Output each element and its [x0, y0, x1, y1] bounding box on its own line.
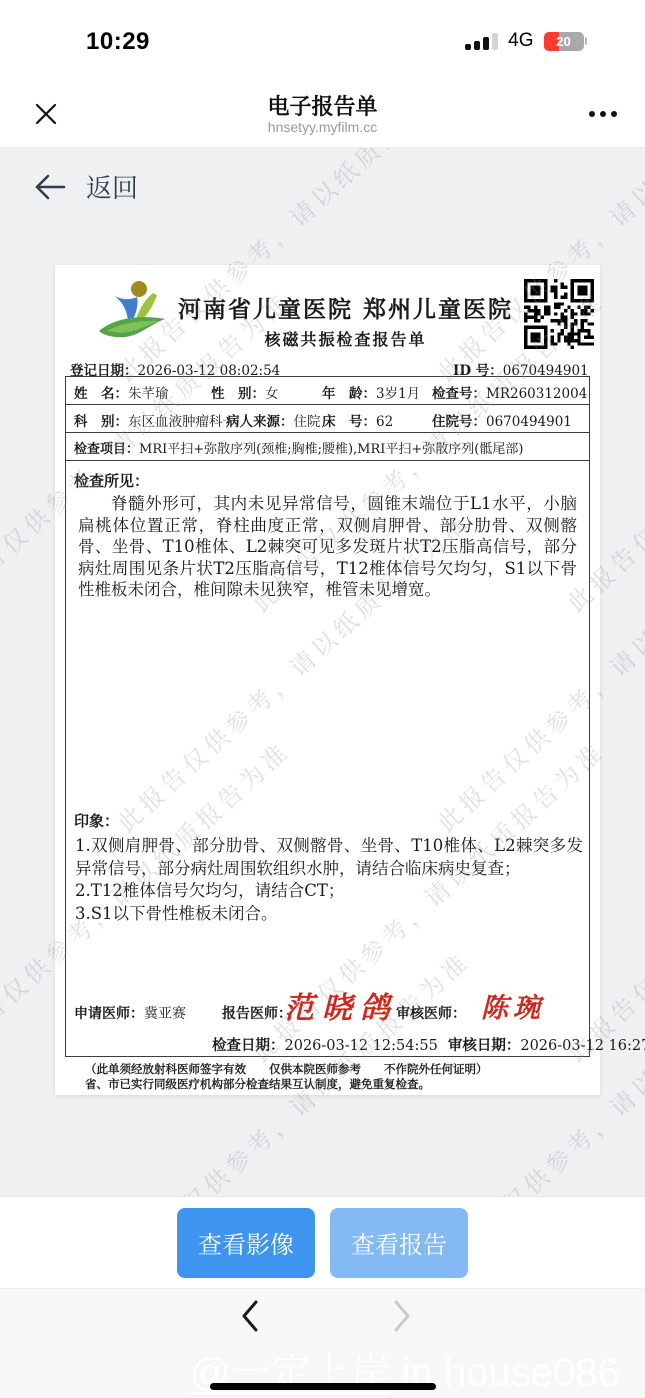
- admission-label: 住院号：: [432, 414, 486, 430]
- sex-value: 女: [265, 386, 279, 402]
- nav-forward-icon[interactable]: [388, 1297, 416, 1335]
- page-url: hnsetyy.myfilm.cc: [0, 119, 645, 135]
- report-document: 河南省儿童医院 郑州儿童医院 核磁共振检查报告单 登记日期：2026-03-12…: [55, 265, 600, 1095]
- back-label: 返回: [86, 168, 138, 205]
- findings-text: 脊髓外形可，其内未见异常信号，圆锥末端位于L1水平，小脑扁桃体位置正常，脊柱曲度…: [78, 493, 577, 601]
- home-indicator: [210, 1383, 436, 1390]
- name-value: 朱芊瑜: [128, 386, 169, 402]
- review-date-value: 2026-03-12 16:27:15: [520, 1038, 645, 1054]
- page-title: 电子报告单: [0, 90, 645, 121]
- exam-date-value: 2026-03-12 12:54:55: [285, 1038, 438, 1054]
- table-row: 科 别：东区血液肿瘤科一病 病人来源：住院 床 号：62 住院号：0670494…: [66, 405, 589, 433]
- request-doctor-name: 冀亚赛: [144, 1006, 186, 1022]
- impression-item: 1.双侧肩胛骨、部分肋骨、双侧髂骨、坐骨、T10椎体、L2棘突多发异常信号，部分…: [75, 835, 583, 880]
- cellular-signal-icon: [465, 33, 498, 50]
- exam-items-label: 检查项目：: [74, 442, 139, 457]
- source-value: 住院: [294, 414, 321, 430]
- impression-item: 3.S1以下骨性椎板未闭合。: [75, 903, 583, 926]
- nav-back-icon[interactable]: [236, 1297, 264, 1335]
- impression-item: 2.T12椎体信号欠均匀，请结合CT；: [75, 880, 583, 903]
- back-button[interactable]: 返回: [34, 168, 138, 205]
- battery-percent: 20: [544, 32, 584, 51]
- dept-value: 东区血液肿瘤科一病: [128, 414, 226, 430]
- exam-items-value: MRI平扫+弥散序列(颈椎;胸椎;腰椎),MRI平扫+弥散序列(骶尾部): [139, 442, 523, 457]
- dept-label: 科 别：: [74, 414, 128, 430]
- browser-header: 电子报告单 hnsetyy.myfilm.cc: [0, 88, 645, 148]
- report-title: 核磁共振检查报告单: [175, 327, 516, 350]
- age-label: 年 龄：: [322, 386, 376, 402]
- report-footnotes: （此单须经放射科医师签字有效 仅供本院医师参考 不作院外任何证明） 省、市已实行…: [85, 1062, 590, 1092]
- sex-label: 性 别：: [211, 386, 265, 402]
- bed-label: 床 号：: [322, 414, 376, 430]
- browser-bottom-nav: @一定上岸 in house086: [0, 1288, 645, 1398]
- table-row: 检查项目：MRI平扫+弥散序列(颈椎;胸椎;腰椎),MRI平扫+弥散序列(骶尾部…: [66, 433, 589, 462]
- dates-row: 检查日期：2026-03-12 12:54:55审核日期：2026-03-12 …: [212, 1034, 645, 1055]
- age-value: 3岁1月: [376, 386, 420, 402]
- qr-code: [524, 279, 594, 349]
- review-doctor-signature: 陈琬: [481, 986, 545, 1025]
- source-label: 病人来源：: [226, 414, 294, 430]
- admission-value: 0670494901: [486, 414, 572, 430]
- network-type-label: 4G: [508, 30, 533, 52]
- impression-label: 印象：: [74, 810, 119, 831]
- patient-info-table: 姓 名：朱芊瑜 性 别：女 年 龄：3岁1月 检查号：MR260312004 科…: [65, 376, 590, 461]
- report-doctor-label: 报告医师：: [222, 1003, 292, 1023]
- bed-value: 62: [376, 414, 393, 430]
- findings-label: 检查所见：: [74, 470, 149, 491]
- exam-no-value: MR260312004: [486, 386, 587, 402]
- phone-screen: 10:29 4G 20 电子报告单 hnsetyy.myfilm.cc: [0, 0, 645, 1398]
- battery-icon: 20: [544, 32, 584, 51]
- findings-impression-box: 检查所见： 脊髓外形可，其内未见异常信号，圆锥末端位于L1水平，小脑扁桃体位置正…: [65, 461, 590, 1057]
- view-report-button[interactable]: 查看报告: [330, 1208, 468, 1278]
- back-arrow-icon: [34, 173, 66, 201]
- status-bar: 10:29 4G 20: [0, 0, 645, 88]
- registration-row: 登记日期：2026-03-12 08:02:54 ID 号：0670494901: [55, 359, 600, 375]
- report-doctor-signature: 范晓鸽: [284, 983, 398, 1027]
- name-label: 姓 名：: [74, 386, 128, 402]
- exam-date-label: 检查日期：: [212, 1037, 285, 1054]
- status-icons: 4G 20: [465, 30, 587, 52]
- hospital-logo: [95, 279, 169, 351]
- clock: 10:29: [86, 28, 150, 56]
- footnote-line: （此单须经放射科医师签字有效 仅供本院医师参考 不作院外任何证明）: [85, 1062, 590, 1077]
- review-date-label: 审核日期：: [448, 1037, 521, 1054]
- signature-row: 申请医师：冀亚赛 报告医师： 范晓鸽 审核医师： 陈琬: [66, 977, 589, 1029]
- impression-list: 1.双侧肩胛骨、部分肋骨、双侧髂骨、坐骨、T10椎体、L2棘突多发异常信号，部分…: [75, 835, 583, 925]
- action-button-bar: 查看影像 查看报告: [0, 1196, 645, 1288]
- review-doctor-label: 审核医师：: [396, 1003, 466, 1023]
- more-menu-icon[interactable]: [589, 102, 617, 126]
- view-images-button[interactable]: 查看影像: [177, 1208, 315, 1278]
- report-viewer-content: 返回 河南省儿童医院 郑州儿童医院 核磁共振检查报告单 登记日期：2026-03…: [0, 148, 645, 1196]
- request-doctor-label: 申请医师：: [74, 1006, 144, 1022]
- hospital-name: 河南省儿童医院 郑州儿童医院: [175, 291, 516, 324]
- footnote-line: 省、市已实行同级医疗机构部分检查结果互认制度，避免重复检查。: [85, 1077, 590, 1092]
- exam-no-label: 检查号：: [432, 386, 486, 402]
- table-row: 姓 名：朱芊瑜 性 别：女 年 龄：3岁1月 检查号：MR260312004: [66, 377, 589, 405]
- battery-nub: [585, 37, 588, 45]
